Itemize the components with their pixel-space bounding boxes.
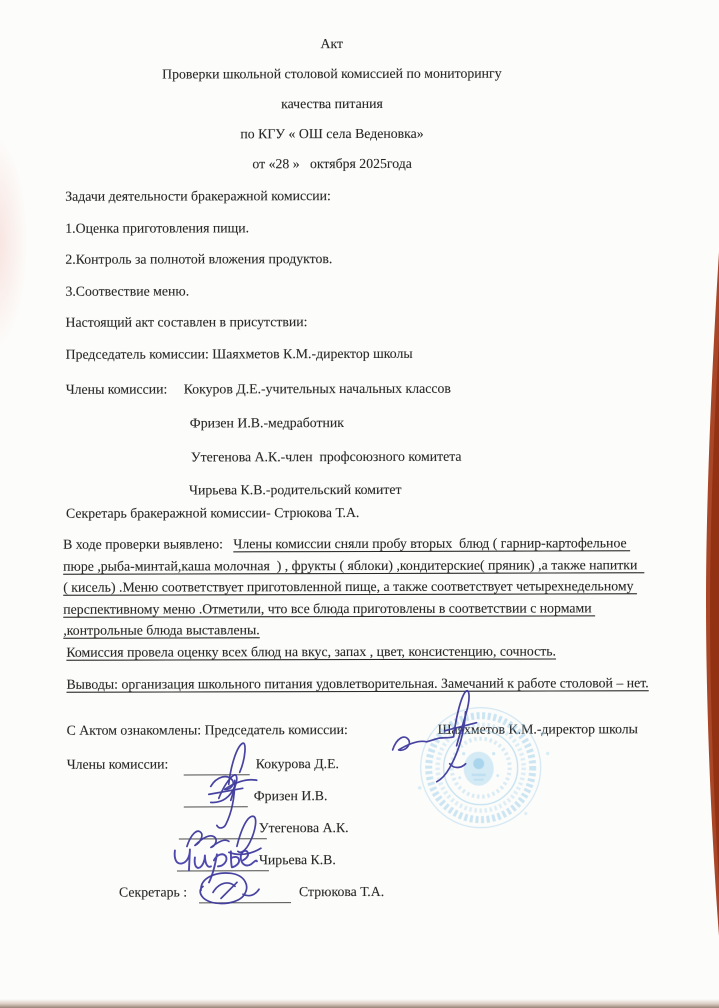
task-item-3: 3.Соотвествие меню. bbox=[65, 283, 189, 299]
secretary-line: Секретарь бракеражной комиссии- Стрюкова… bbox=[66, 505, 359, 522]
document-content: Акт Проверки школьной столовой комиссией… bbox=[0, 0, 719, 1008]
evaluation-line: Комиссия провела оценку всех блюд на вку… bbox=[66, 643, 556, 660]
signature-name-3: Утегенова А.К. bbox=[259, 820, 349, 836]
scanned-document-page: Акт Проверки школьной столовой комиссией… bbox=[0, 0, 719, 1008]
doc-title-line-2: Проверки школьной столовой комиссией по … bbox=[65, 65, 599, 82]
signature-members-label: Члены комиссии: bbox=[67, 757, 169, 773]
doc-title-line-1: Акт bbox=[65, 35, 599, 52]
signature-secretary-label: Секретарь : bbox=[119, 884, 187, 900]
signature-secretary-name: Стрюкова Т.А. bbox=[299, 884, 384, 900]
member-row-1: Кокуров Д.Е.-учительных начальных классо… bbox=[184, 381, 451, 398]
findings-paragraph: В ходе проверки выявлено: Члены комиссии… bbox=[63, 532, 648, 641]
scan-edge-bottom bbox=[0, 999, 719, 1008]
scan-smudge-left bbox=[0, 135, 28, 350]
doc-title-line-3: качества питания bbox=[65, 95, 599, 112]
doc-title-line-4: по КГУ « ОШ села Веденовка» bbox=[65, 125, 599, 142]
task-item-2: 2.Контроль за полнотой вложения продукто… bbox=[65, 251, 332, 268]
tasks-heading: Задачи деятельности бракеражной комиссии… bbox=[65, 188, 331, 205]
presence-line: Настоящий акт составлен в присутствии: bbox=[66, 314, 308, 331]
task-item-1: 1.Оценка приготовления пищи. bbox=[65, 220, 249, 236]
signature-chairman bbox=[352, 676, 477, 791]
doc-title-date-line: от «28 » октября 2025года bbox=[65, 155, 599, 172]
member-row-2: Фризен И.В.-медработник bbox=[190, 415, 344, 431]
signature-secretary bbox=[189, 866, 263, 912]
scan-edge-artifact bbox=[703, 0, 719, 1008]
chairman-line: Председатель комиссии: Шаяхметов К.М.-ди… bbox=[66, 346, 413, 363]
members-label: Члены комиссии: bbox=[66, 382, 168, 398]
findings-label: В ходе проверки выявлено: bbox=[63, 536, 233, 551]
member-row-4: Чирьева К.В.-родительский комитет bbox=[189, 482, 402, 499]
member-row-3: Утегенова А.К.-член профсоюзного комитет… bbox=[191, 449, 462, 466]
signature-name-4: Чирьева К.В. bbox=[259, 852, 336, 868]
